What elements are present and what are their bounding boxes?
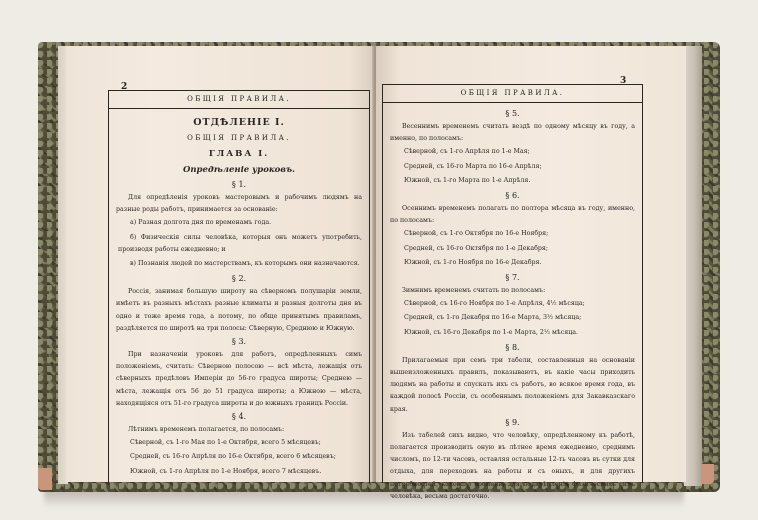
running-header: ОБЩІЯ ПРАВИЛА. (109, 91, 369, 109)
paragraph-text: Для опредѣленія уроковъ мастеровымъ и ра… (116, 192, 362, 216)
list-item: Сѣверной, съ 1-го Апрѣля по 1-е Мая; (390, 146, 635, 158)
list-item: Средней, съ 1-го Декабря по 16-е Марта, … (390, 312, 635, 324)
list-item: Средней, съ 16-го Марта по 16-е Апрѣля; (390, 161, 635, 173)
text-frame: ОБЩІЯ ПРАВИЛА. § 5. Весеннимъ временемъ … (382, 84, 643, 483)
list-item: Сѣверной, съ 1-го Мая по 1-е Октября, вс… (116, 437, 362, 449)
paragraph-text: Россія, занимая большую широту на сѣверн… (116, 286, 362, 335)
leather-corner-left (38, 468, 52, 490)
list-item: Сѣверной, съ 1-го Октября по 16-е Ноября… (390, 228, 635, 240)
leather-corner-right (702, 464, 714, 484)
list-item: а) Разная долгота дня по временамъ года. (116, 217, 362, 229)
list-item: Южной, съ 16-го Декабря по 1-е Марта, 2½… (390, 327, 635, 339)
page-edges-right (684, 46, 702, 486)
page-body: § 5. Весеннимъ временемъ считать вездѣ п… (383, 103, 642, 503)
page-body: ОТДѢЛЕНІЕ I. ОБЩІЯ ПРАВИЛА. ГЛАВА I. Опр… (109, 109, 369, 478)
list-item: б) Физическія силы человѣка, которыя онъ… (116, 232, 362, 256)
paragraph-text: Изъ табелей сихъ видно, что человѣку, оп… (390, 430, 635, 503)
list-item: Южной, съ 1-го Апрѣля по 1-е Ноября, все… (116, 466, 362, 478)
left-page: 2 ОБЩІЯ ПРАВИЛА. ОТДѢЛЕНІЕ I. ОБЩІЯ ПРАВ… (66, 46, 374, 482)
paragraph-text: Зимнимъ временемъ считать по полосамъ: (390, 285, 635, 297)
list-item: Сѣверной, съ 16-го Ноября по 1-е Апрѣля,… (390, 298, 635, 310)
list-item: Южной, съ 1-го Марта по 1-е Апрѣля. (390, 175, 635, 187)
paragraph-mark: § 2. (116, 272, 362, 286)
paragraph-text: Осеннимъ временемъ полагать по полтора м… (390, 203, 635, 227)
paragraph-mark: § 8. (390, 341, 635, 355)
paragraph-mark: § 3. (116, 335, 362, 349)
text-frame: ОБЩІЯ ПРАВИЛА. ОТДѢЛЕНІЕ I. ОБЩІЯ ПРАВИЛ… (108, 90, 370, 483)
paragraph-mark: § 4. (116, 410, 362, 424)
list-item: Средней, съ 16-го Октября по 1-е Декабря… (390, 243, 635, 255)
paragraph-text: Прилагаемыя при семъ три табели, составл… (390, 355, 635, 416)
paragraph-text: Лѣтнимъ временемъ полагается, по полосам… (116, 424, 362, 436)
paragraph-text: Весеннимъ временемъ считать вездѣ по одн… (390, 121, 635, 145)
chapter-subtitle: Опредѣленіе уроковъ. (116, 162, 362, 178)
paragraph-mark: § 1. (116, 178, 362, 192)
paragraph-mark: § 5. (390, 107, 635, 121)
section-title: ОТДѢЛЕНІЕ I. (116, 115, 362, 131)
paragraph-mark: § 9. (390, 416, 635, 430)
list-item: Южной, съ 1-го Ноября по 16-е Декабря. (390, 257, 635, 269)
right-page: 3 ОБЩІЯ ПРАВИЛА. § 5. Весеннимъ временем… (376, 46, 686, 482)
section-subtitle: ОБЩІЯ ПРАВИЛА. (116, 131, 362, 146)
paragraph-mark: § 6. (390, 189, 635, 203)
paragraph-mark: § 7. (390, 271, 635, 285)
list-item: в) Познанія людей по мастерствамъ, къ ко… (116, 258, 362, 270)
list-item: Средней, съ 16-го Апрѣля по 16-е Октября… (116, 451, 362, 463)
running-header: ОБЩІЯ ПРАВИЛА. (383, 85, 642, 103)
chapter-title: ГЛАВА I. (116, 146, 362, 162)
paragraph-text: При назначеніи уроковъ для работъ, опред… (116, 349, 362, 410)
